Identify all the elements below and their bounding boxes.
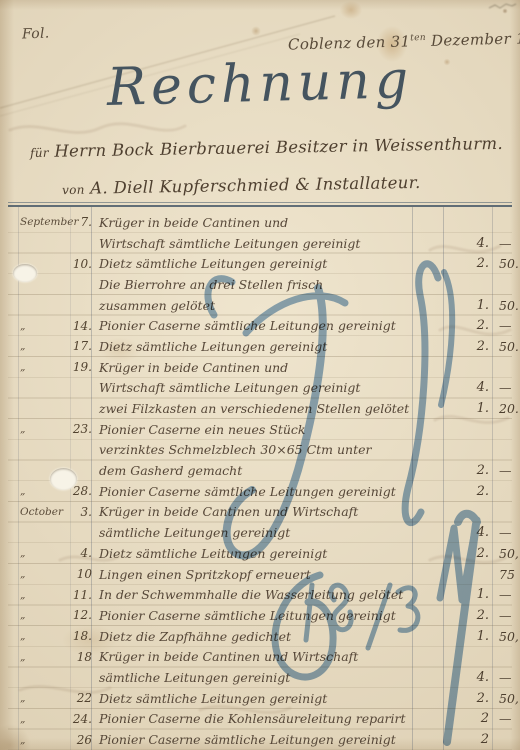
blue-crayon-scrawl xyxy=(0,0,520,750)
punch-hole-top xyxy=(13,264,37,282)
invoice-document: Fol. Coblenz den 31ten Dezember 1910. Re… xyxy=(0,0,520,750)
punch-hole-bottom xyxy=(50,468,77,490)
